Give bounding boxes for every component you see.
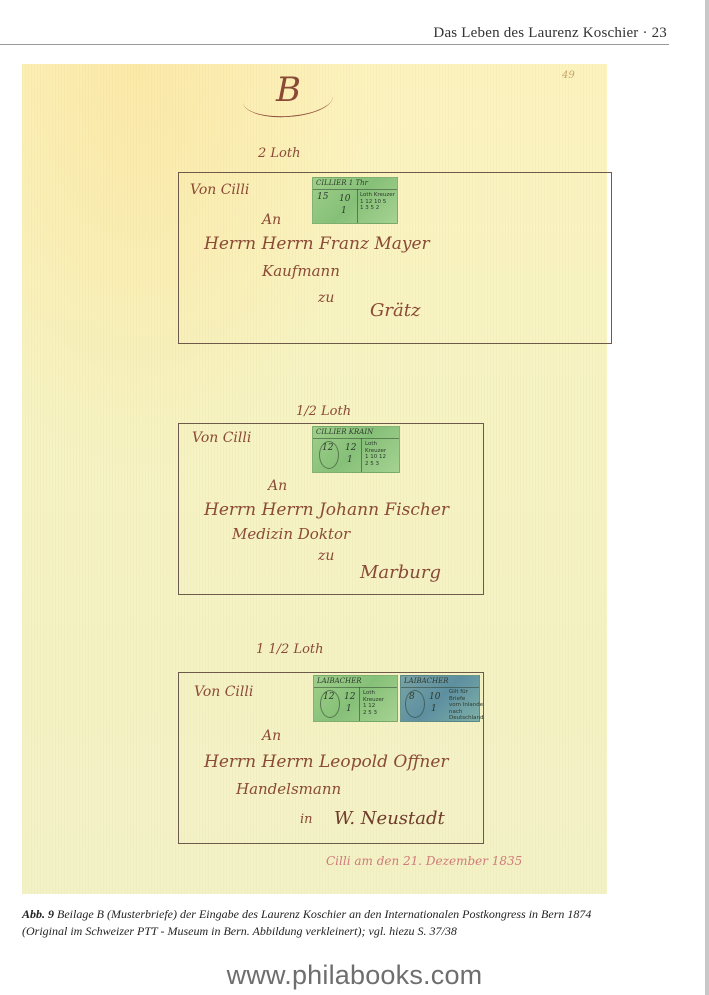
stamp-header: LAIBACHER	[401, 676, 479, 688]
envelope-3-stamp-1: LAIBACHER 12 12 1 Loth Kreuzer 1 12 2 5 …	[313, 675, 398, 722]
envelope-3-sender: Von Cilli	[194, 684, 253, 700]
stamp-rate-table: Loth Kreuzer 1 12 10 5 1 3 5 2	[360, 192, 395, 212]
stamp-value: 1	[341, 206, 347, 216]
stamp-value: 1	[347, 455, 353, 465]
envelope-2-sender: Von Cilli	[192, 430, 251, 446]
envelope-1-address-line-3: Kaufmann	[262, 262, 340, 280]
stamp-value: 12	[322, 443, 333, 453]
caption-label: Abb. 9	[22, 907, 54, 921]
sheet-label: B	[276, 70, 301, 110]
envelope-1-weight: 2 Loth	[258, 146, 300, 161]
envelope-3-stamp-2: LAIBACHER 8 10 1 Gilt für Briefe vom Inl…	[400, 675, 480, 722]
stamp-value: 10	[429, 692, 440, 702]
date-signature: Cilli am den 21. Dezember 1835	[326, 854, 522, 868]
stamp-value: 12	[345, 443, 356, 453]
envelope-3-address-line-5: W. Neustadt	[334, 808, 445, 829]
archive-page-number: 49	[562, 70, 575, 81]
running-title: Das Leben des Laurenz Koschier · 23	[433, 25, 667, 42]
envelope-2-stamp-1: CILLIER KRAIN 12 12 1 Loth Kreuzer 1 10 …	[312, 426, 400, 473]
stamp-header: CILLIER KRAIN	[313, 427, 399, 439]
stamp-value: 12	[323, 692, 334, 702]
envelope-3-address-line-4: in	[300, 812, 313, 827]
stamp-value: 1	[431, 704, 437, 714]
envelope-1-sender: Von Cilli	[190, 182, 249, 198]
stamp-value: 1	[346, 704, 352, 714]
envelope-1-address-line-2: Herrn Herrn Franz Mayer	[204, 234, 430, 254]
stamp-header: CILLIER 1 Thr	[313, 178, 397, 190]
stamp-rate-table: Loth Kreuzer 1 12 2 5 3	[363, 690, 397, 716]
envelope-1-address-line-1: An	[262, 212, 281, 228]
envelope-1-address-line-5: Grätz	[370, 300, 420, 321]
caption-text: Beilage B (Musterbriefe) der Eingabe des…	[22, 907, 591, 938]
envelope-3-address-line-3: Handelsmann	[236, 780, 341, 798]
envelope-3-weight: 1 1/2 Loth	[256, 642, 324, 657]
running-header: Das Leben des Laurenz Koschier · 23	[0, 22, 669, 45]
watermark-link[interactable]: www.philabooks.com	[0, 960, 709, 991]
envelope-2-address-line-4: zu	[318, 548, 334, 564]
envelope-3-address-line-2: Herrn Herrn Leopold Offner	[204, 752, 449, 772]
envelope-3-address-line-1: An	[262, 728, 281, 744]
envelope-2-address-line-3: Medizin Doktor	[232, 525, 350, 543]
envelope-2-address-line-1: An	[268, 478, 287, 494]
stamp-validity-text: Gilt für Briefe vom Inlande nach Deutsch…	[449, 689, 484, 722]
envelope-2-weight: 1/2 Loth	[296, 404, 351, 419]
stamp-rate-table: Loth Kreuzer 1 10 12 2 5 3	[365, 441, 399, 467]
stamp-value: 12	[344, 692, 355, 702]
stamp-header: LAIBACHER	[314, 676, 397, 688]
stamp-value: 8	[409, 692, 415, 702]
stamp-value: 15	[317, 192, 328, 202]
page-edge	[705, 0, 709, 995]
envelope-2-address-line-2: Herrn Herrn Johann Fischer	[204, 500, 449, 520]
stamp-value: 10	[339, 194, 350, 204]
envelope-2-address-line-5: Marburg	[360, 562, 441, 583]
figure-caption: Abb. 9 Beilage B (Musterbriefe) der Eing…	[22, 906, 622, 940]
envelope-1-address-line-4: zu	[318, 290, 334, 306]
envelope-1-stamp-1: CILLIER 1 Thr 15 10 1 Loth Kreuzer 1 12 …	[312, 177, 398, 224]
